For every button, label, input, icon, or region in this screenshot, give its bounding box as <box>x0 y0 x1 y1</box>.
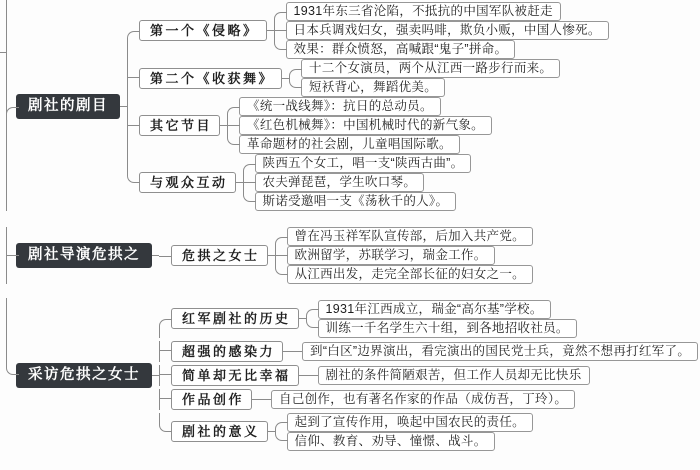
connector-stub <box>252 399 259 400</box>
leaf-node[interactable]: 1931年江西成立，瑞金“高尔基”学校。 <box>318 300 551 319</box>
leaf-row: 1931年东三省沦陷，不抵抗的中国军队被赶走 <box>274 2 609 21</box>
branch-row: 第一个《侵略》 1931年东三省沦陷，不抵抗的中国军队被赶走 日本兵调戏妇女，强… <box>127 2 609 59</box>
leaf-row: 《统一战线舞》：抗日的总动员。 <box>227 97 492 116</box>
leaf-node[interactable]: 斯诺受邀唱一支《荡秋千的人》。 <box>255 192 457 211</box>
branch-row: 简单却无比幸福 剧社的条件简陋艰苦，但工作人员却无比快乐 <box>159 365 698 386</box>
leaf-row: 十二个女演员，两个从江西一路步行而来。 <box>289 59 560 78</box>
branch-row: 剧社的意义 起到了宣传作用，唤起中国农民的责任。 信仰、教育、劝导、憧憬、战斗。 <box>159 413 698 451</box>
leaf-row: 剧社的条件简陋艰苦，但工作人员却无比快乐 <box>306 366 590 385</box>
leaf-node[interactable]: 农夫弹琵琶，学生吹口琴。 <box>255 173 425 192</box>
main-topic-node[interactable]: 剧社导演危拱之 <box>16 243 152 268</box>
leaf-list: 自己创作，也有著名作家的作品（成仿吾，丁玲）。 <box>259 390 575 409</box>
leaf-list: 《统一战线舞》：抗日的总动员。 《红色机械舞》：中国机械时代的新气象。 革命题材… <box>227 97 492 154</box>
main-topic-node[interactable]: 采访危拱之女士 <box>16 363 152 388</box>
branch-node[interactable]: 超强的感染力 <box>171 341 283 362</box>
branch-list: 第一个《侵略》 1931年东三省沦陷，不抵抗的中国军队被赶走 日本兵调戏妇女，强… <box>127 2 609 211</box>
branch-node[interactable]: 红军剧社的历史 <box>171 308 299 329</box>
leaf-row: 曾在冯玉祥军队宣传部，后加入共产党。 <box>275 227 533 246</box>
leaf-row: 短袄背心，舞蹈优美。 <box>289 78 560 97</box>
mindmap-tree: 剧社的剧目 第一个《侵略》 1931年东三省沦陷，不抵抗的中国军队被赶走 日本兵… <box>6 2 698 452</box>
leaf-node[interactable]: 信仰、教育、劝导、憧憬、战斗。 <box>287 432 495 451</box>
connector-stub <box>283 351 290 352</box>
leaf-row: 自己创作，也有著名作家的作品（成仿吾，丁玲）。 <box>259 390 575 409</box>
leaf-node[interactable]: 日本兵调戏妇女，强卖吗啡，欺负小贩，中国人惨死。 <box>286 21 609 40</box>
leaf-node[interactable]: 陕西五个女工，唱一支“陕西古曲”。 <box>255 154 472 173</box>
leaf-node[interactable]: 《统一战线舞》：抗日的总动员。 <box>239 97 441 116</box>
leaf-row: 《红色机械舞》：中国机械时代的新气象。 <box>227 116 492 135</box>
leaf-node[interactable]: 短袄背心，舞蹈优美。 <box>301 78 445 97</box>
leaf-list: 到“白区”边界演出，看完演出的国民党士兵，竟然不想再打红军了。 <box>290 342 698 361</box>
branch-node[interactable]: 第一个《侵略》 <box>139 20 267 41</box>
leaf-node[interactable]: 训练一千名学生六十组，到各地招收社员。 <box>318 319 577 338</box>
leaf-row: 日本兵调戏妇女，强卖吗啡，欺负小贩，中国人惨死。 <box>274 21 609 40</box>
connector-stub <box>120 106 127 107</box>
leaf-row: 信仰、教育、劝导、憧憬、战斗。 <box>275 432 533 451</box>
branch-node[interactable]: 其它节目 <box>139 115 220 136</box>
leaf-row: 斯诺受邀唱一支《荡秋千的人》。 <box>243 192 472 211</box>
leaf-row: 欧洲留学，苏联学习，瑞金工作。 <box>275 246 533 265</box>
branch-node[interactable]: 危拱之女士 <box>171 245 268 266</box>
leaf-list: 十二个女演员，两个从江西一路步行而来。 短袄背心，舞蹈优美。 <box>289 59 560 97</box>
leaf-node[interactable]: 《红色机械舞》：中国机械时代的新气象。 <box>239 116 492 135</box>
main-topic-node[interactable]: 剧社的剧目 <box>16 94 120 119</box>
leaf-row: 效果：群众愤怒，高喊跟“鬼子”拼命。 <box>274 40 609 59</box>
mindmap-canvas: 剧社的剧目 第一个《侵略》 1931年东三省沦陷，不抵抗的中国军队被赶走 日本兵… <box>0 0 700 470</box>
leaf-row: 从江西出发，走完全部长征的妇女之一。 <box>275 265 533 284</box>
branch-node[interactable]: 简单却无比幸福 <box>171 365 299 386</box>
leaf-node[interactable]: 革命题材的社会剧，儿童唱国际歌。 <box>239 135 460 154</box>
leaf-row: 训练一千名学生六十组，到各地招收社员。 <box>306 319 577 338</box>
leaf-node[interactable]: 到“白区”边界演出，看完演出的国民党士兵，竟然不想再打红军了。 <box>302 342 698 361</box>
leaf-node[interactable]: 曾在冯玉祥军队宣传部，后加入共产党。 <box>287 227 533 246</box>
connector-stub <box>299 375 306 376</box>
leaf-row: 到“白区”边界演出，看完演出的国民党士兵，竟然不想再打红军了。 <box>290 342 698 361</box>
leaf-list: 起到了宣传作用，唤起中国农民的责任。 信仰、教育、劝导、憧憬、战斗。 <box>275 413 533 451</box>
connector-stub <box>152 375 159 376</box>
connector-stub <box>282 78 289 79</box>
leaf-row: 1931年江西成立，瑞金“高尔基”学校。 <box>306 300 577 319</box>
leaf-list: 剧社的条件简陋艰苦，但工作人员却无比快乐 <box>306 366 590 385</box>
connector-stub <box>236 182 243 183</box>
leaf-list: 曾在冯玉祥军队宣传部，后加入共产党。 欧洲留学，苏联学习，瑞金工作。 从江西出发… <box>275 227 533 284</box>
leaf-row: 陕西五个女工，唱一支“陕西古曲”。 <box>243 154 472 173</box>
leaf-node[interactable]: 十二个女演员，两个从江西一路步行而来。 <box>301 59 560 78</box>
leaf-row: 起到了宣传作用，唤起中国农民的责任。 <box>275 413 533 432</box>
leaf-list: 1931年东三省沦陷，不抵抗的中国军队被赶走 日本兵调戏妇女，强卖吗啡，欺负小贩… <box>274 2 609 59</box>
leaf-node[interactable]: 1931年东三省沦陷，不抵抗的中国军队被赶走 <box>286 2 561 21</box>
leaf-node[interactable]: 剧社的条件简陋艰苦，但工作人员却无比快乐 <box>318 366 590 385</box>
leaf-node[interactable]: 自己创作，也有著名作家的作品（成仿吾，丁玲）。 <box>271 390 575 409</box>
leaf-row: 农夫弹琵琶，学生吹口琴。 <box>243 173 472 192</box>
branch-row: 超强的感染力 到“白区”边界演出，看完演出的国民党士兵，竟然不想再打红军了。 <box>159 341 698 362</box>
branch-node[interactable]: 作品创作 <box>171 389 252 410</box>
branch-row: 第二个《收获舞》 十二个女演员，两个从江西一路步行而来。 短袄背心，舞蹈优美。 <box>127 59 609 97</box>
branch-list: 红军剧社的历史 1931年江西成立，瑞金“高尔基”学校。 训练一千名学生六十组，… <box>159 298 698 452</box>
leaf-node[interactable]: 从江西出发，走完全部长征的妇女之一。 <box>287 265 533 284</box>
connector-stub <box>268 431 275 432</box>
leaf-row: 革命题材的社会剧，儿童唱国际歌。 <box>227 135 492 154</box>
branch-row: 其它节目 《统一战线舞》：抗日的总动员。 《红色机械舞》：中国机械时代的新气象。… <box>127 97 609 154</box>
connector-stub <box>152 255 159 256</box>
branch-row: 危拱之女士 曾在冯玉祥军队宣传部，后加入共产党。 欧洲留学，苏联学习，瑞金工作。… <box>159 227 533 284</box>
connector-stub <box>268 255 275 256</box>
connector-stub <box>267 30 274 31</box>
main-topic-list: 剧社的剧目 第一个《侵略》 1931年东三省沦陷，不抵抗的中国军队被赶走 日本兵… <box>6 2 698 452</box>
leaf-list: 1931年江西成立，瑞金“高尔基”学校。 训练一千名学生六十组，到各地招收社员。 <box>306 300 577 338</box>
main-topic-row: 剧社导演危拱之 危拱之女士 曾在冯玉祥军队宣传部，后加入共产党。 欧洲留学，苏联… <box>6 227 698 284</box>
main-topic-row: 采访危拱之女士 红军剧社的历史 1931年江西成立，瑞金“高尔基”学校。 训练一… <box>6 298 698 452</box>
branch-row: 作品创作 自己创作，也有著名作家的作品（成仿吾，丁玲）。 <box>159 389 698 410</box>
connector-stub <box>220 125 227 126</box>
branch-row: 与观众互动 陕西五个女工，唱一支“陕西古曲”。 农夫弹琵琶，学生吹口琴。 斯诺受… <box>127 154 609 211</box>
branch-list: 危拱之女士 曾在冯玉祥军队宣传部，后加入共产党。 欧洲留学，苏联学习，瑞金工作。… <box>159 227 533 284</box>
main-topic-row: 剧社的剧目 第一个《侵略》 1931年东三省沦陷，不抵抗的中国军队被赶走 日本兵… <box>6 2 698 211</box>
leaf-list: 陕西五个女工，唱一支“陕西古曲”。 农夫弹琵琶，学生吹口琴。 斯诺受邀唱一支《荡… <box>243 154 472 211</box>
branch-node[interactable]: 与观众互动 <box>139 172 236 193</box>
leaf-node[interactable]: 起到了宣传作用，唤起中国农民的责任。 <box>287 413 533 432</box>
leaf-node[interactable]: 效果：群众愤怒，高喊跟“鬼子”拼命。 <box>286 40 516 59</box>
branch-node[interactable]: 剧社的意义 <box>171 421 268 442</box>
leaf-node[interactable]: 欧洲留学，苏联学习，瑞金工作。 <box>287 246 495 265</box>
branch-node[interactable]: 第二个《收获舞》 <box>139 68 282 89</box>
connector-stub <box>299 318 306 319</box>
branch-row: 红军剧社的历史 1931年江西成立，瑞金“高尔基”学校。 训练一千名学生六十组，… <box>159 300 698 338</box>
